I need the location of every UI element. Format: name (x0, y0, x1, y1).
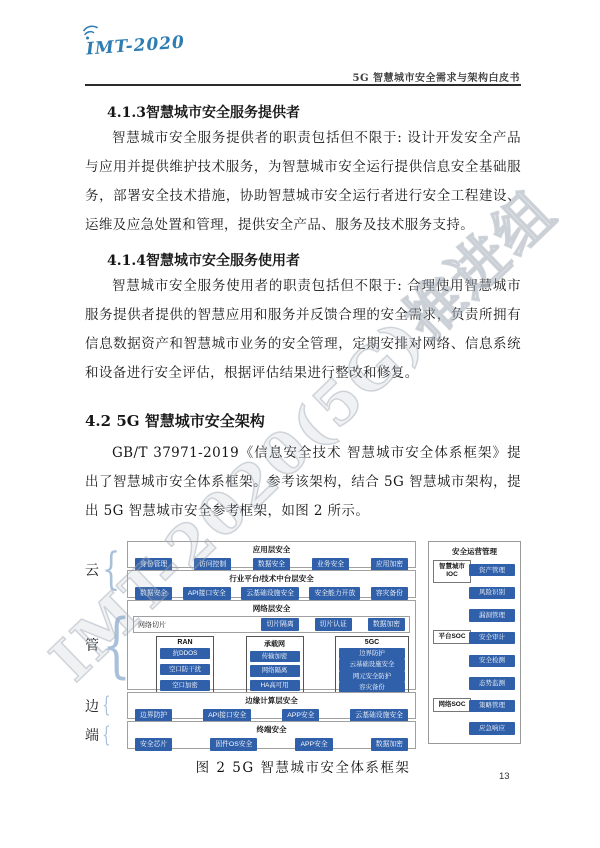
ops-group-smartcity-ioc: 智慧城市IOC (433, 560, 471, 583)
capability-box: 固件OS安全 (210, 738, 257, 751)
security-layers: 应用层安全 身份管理访问控制数据安全业务安全应用加密 行业平台/技术中台层安全 … (127, 541, 416, 749)
scope-label-terminal: 端 (85, 725, 102, 745)
capability-box: 身份管理 (135, 558, 172, 571)
figure-diagram: 云 管 边 端 应用层安全 身份管理 (85, 541, 521, 749)
capability-box: 应用加密 (371, 558, 408, 571)
scope-label-network: 管 (85, 635, 102, 655)
capability-box: 安全芯片 (135, 738, 172, 751)
network-slice-label: 网络切片 (138, 620, 166, 630)
heading-4-2: 4.2 5G 智慧城市安全架构 (85, 410, 521, 431)
paragraph-4-1-4: 智慧城市安全服务使用者的职责包括但不限于: 合理使用智慧城市服务提供者提供的智慧… (85, 272, 521, 388)
ops-panel-title: 安全运营管理 (429, 546, 520, 557)
brace-icon (102, 725, 111, 746)
capability-box: 安全检测 (469, 655, 515, 667)
heading-4-1-4: 4.1.4智慧城市安全服务使用者 (85, 250, 521, 270)
capability-box: 传输加密 (250, 651, 300, 662)
header-rule (85, 84, 521, 86)
capability-box: 漏洞管理 (469, 609, 515, 621)
ops-group-network-soc: 网络SOC (433, 698, 471, 712)
brace-icon (102, 548, 120, 592)
layer-title: 网络层安全 (128, 601, 415, 614)
paragraph-4-2: GB/T 37971-2019《信息安全技术 智慧城市安全体系框架》提出了智慧城… (85, 439, 521, 526)
layer-title: 应用层安全 (128, 542, 415, 555)
capability-box: 安全能力开放 (309, 587, 360, 600)
layer-scope-labels: 云 管 边 端 (85, 541, 127, 749)
heading-4-1-3: 4.1.3智慧城市安全服务提供者 (85, 102, 521, 122)
capability-box-stack: 抗DDOS空口防干扰空口加密 (160, 648, 210, 691)
page-body: 4.1.3智慧城市安全服务提供者 智慧城市安全服务提供者的职责包括但不限于: 设… (85, 92, 521, 530)
network-domain-columns: RAN 抗DDOS空口防干扰空口加密 承载网 传输加密网络隔离HA高可用 5GC… (128, 636, 415, 696)
figure-caption: 图 2 5G 智慧城市安全体系框架 (85, 756, 521, 776)
capability-box: 数据加密 (371, 738, 408, 751)
capability-box: 资产管理 (469, 564, 515, 576)
capability-box: 访问控制 (194, 558, 231, 571)
capability-box: 风险识别 (469, 587, 515, 599)
scope-group-edge: 边 (85, 692, 127, 719)
scope-group-terminal: 端 (85, 721, 127, 749)
capability-box-row: 安全芯片固件OS安全APP安全数据加密 (128, 735, 415, 755)
capability-box: API接口安全 (203, 709, 251, 722)
scope-label-edge: 边 (85, 696, 102, 716)
capability-box: HA高可用 (250, 680, 300, 691)
capability-box: 抗DDOS (160, 648, 210, 659)
capability-box: 数据加密 (368, 618, 405, 631)
capability-box-stack: 传输加密网络隔离HA高可用 (250, 651, 300, 691)
capability-box: 安全审计 (469, 632, 515, 644)
capability-box-stack: 边界防护云基础设施安全网元安全防护容灾备份 (339, 648, 405, 693)
scope-label-cloud: 云 (85, 560, 102, 580)
network-slice-bar: 网络切片 切片隔离切片认证数据加密 (133, 616, 410, 633)
ops-capability-stack: 资产管理风险识别漏洞管理安全审计安全检测态势监测策略管理应急响应 (469, 564, 515, 735)
capability-box: 云基础设施安全 (241, 587, 299, 600)
capability-box: 业务安全 (312, 558, 349, 571)
layer-edge-computing-security: 边缘计算层安全 边界防护API接口安全APP安全云基础设施安全 (127, 692, 416, 719)
capability-box: API接口安全 (183, 587, 231, 600)
domain-ran: RAN 抗DDOS空口防干扰空口加密 (156, 636, 214, 696)
layer-network-security: 网络层安全 网络切片 切片隔离切片认证数据加密 RAN 抗DDOS空口防干扰空口… (127, 600, 416, 690)
domain-title: 承载网 (250, 639, 300, 649)
brace-icon (102, 610, 131, 680)
imt-2020-logo: IMT-2020 (86, 36, 185, 56)
capability-box: 数据安全 (253, 558, 290, 571)
domain-5gc: 5GC 边界防护云基础设施安全网元安全防护容灾备份 (335, 636, 409, 696)
layer-title: 行业平台/技术中台层安全 (128, 571, 415, 584)
document-page: IMT-2020(5G)推进组 IMT-2020 5G 智慧城市安全需求与架构白… (0, 0, 600, 848)
brace-icon (102, 695, 111, 716)
domain-title: 5GC (339, 639, 405, 646)
capability-box: 网络隔离 (250, 665, 300, 676)
layer-title: 终端安全 (128, 722, 415, 735)
figure-2-security-framework: 云 管 边 端 应用层安全 身份管理 (85, 541, 521, 776)
capability-box: APP安全 (282, 709, 319, 722)
capability-box: 策略管理 (469, 700, 515, 712)
capability-box: 网元安全防护 (339, 671, 405, 682)
paragraph-4-1-3: 智慧城市安全服务提供者的职责包括但不限于: 设计开发安全产品与应用并提供维护技术… (85, 124, 521, 240)
security-operations-panel: 安全运营管理 智慧城市IOC 平台SOC 网络SOC 资产管理风险识别漏洞管理安… (428, 541, 521, 744)
capability-box: 空口加密 (160, 680, 210, 691)
domain-title: RAN (160, 639, 210, 646)
capability-box: 空口防干扰 (160, 664, 210, 675)
header-doc-title: 5G 智慧城市安全需求与架构白皮书 (353, 69, 520, 84)
scope-group-network: 管 (85, 600, 127, 690)
capability-box: 云基础设施安全 (350, 709, 408, 722)
layer-terminal-security: 终端安全 安全芯片固件OS安全APP安全数据加密 (127, 721, 416, 749)
capability-box: 数据安全 (135, 587, 172, 600)
layer-application-security: 应用层安全 身份管理访问控制数据安全业务安全应用加密 (127, 541, 416, 568)
capability-box: 态势监测 (469, 677, 515, 689)
capability-box: APP安全 (295, 738, 332, 751)
capability-box: 云基础设施安全 (339, 659, 405, 670)
layer-platform-security: 行业平台/技术中台层安全 数据安全API接口安全云基础设施安全安全能力开放容灾备… (127, 570, 416, 598)
capability-box: 应急响应 (469, 722, 515, 734)
capability-box: 切片隔离 (261, 618, 298, 631)
capability-box: 边界防护 (339, 648, 405, 659)
slice-capability-row: 切片隔离切片认证数据加密 (261, 618, 405, 631)
layer-title: 边缘计算层安全 (128, 693, 415, 706)
domain-transport: 承载网 传输加密网络隔离HA高可用 (246, 636, 304, 696)
capability-box: 边界防护 (135, 709, 172, 722)
ops-group-platform-soc: 平台SOC (433, 630, 471, 644)
capability-box: 容灾备份 (371, 587, 408, 600)
capability-box: 切片认证 (315, 618, 352, 631)
scope-group-cloud: 云 (85, 541, 127, 598)
